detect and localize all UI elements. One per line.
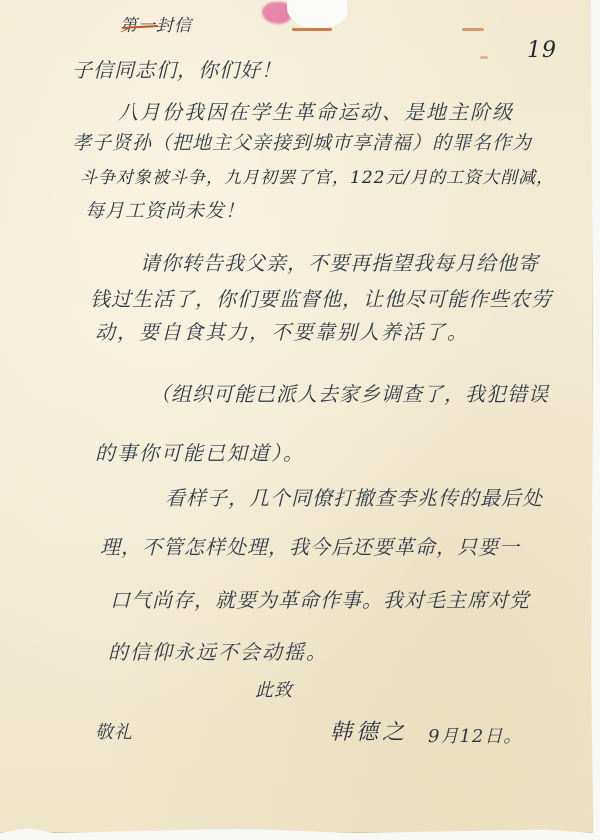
paragraph-4-line-2: 理，不管怎样处理，我今后还要革命，只要一 xyxy=(100,537,520,557)
signature-name: 韩德之 xyxy=(330,722,408,744)
paragraph-3-line-2: 的事你可能已知道）。 xyxy=(95,443,305,463)
letter-paper xyxy=(0,0,593,833)
paragraph-2-line-1: 请你转告我父亲，不要再指望我每月给他寄 xyxy=(140,253,539,273)
paragraph-1-line-4: 每月工资尚未发！ xyxy=(85,202,245,221)
rust-stain xyxy=(462,28,484,31)
paragraph-1-line-2: 孝子贤孙（把地主父亲接到城市享清福）的罪名作为 xyxy=(72,134,532,153)
paragraph-4-line-4: 的信仰永远不会动摇。 xyxy=(108,642,328,662)
page-number: 19 xyxy=(527,40,557,62)
paragraph-4-line-3: 口气尚存，就要为革命作事。我对毛主席对党 xyxy=(110,590,530,610)
paragraph-1-line-1: 八月份我因在学生革命运动、是地主阶级 xyxy=(118,102,514,122)
paragraph-4-line-1: 看样子，几个同僚打撤查李兆传的最后处 xyxy=(165,488,543,508)
greeting: 子信同志们，你们好！ xyxy=(72,60,282,80)
paragraph-2-line-2: 钱过生活了，你们要监督他，让他尽可能作些农劳 xyxy=(90,289,552,309)
closing-line-1: 此致 xyxy=(255,682,293,700)
paragraph-1-line-3: 斗争对象被斗争，九月初罢了官，122元/月的工资大削减， xyxy=(80,170,554,187)
paragraph-3-line-1: （组织可能已派人去家乡调查了，我犯错误 xyxy=(150,384,549,404)
closing-line-2: 敬礼 xyxy=(95,724,133,742)
rust-stain xyxy=(480,56,488,59)
signature-date: 9月12日。 xyxy=(428,728,522,746)
paragraph-2-line-3: 动，要自食其力，不要靠别人养活了。 xyxy=(95,322,469,342)
rust-stain xyxy=(292,28,332,31)
